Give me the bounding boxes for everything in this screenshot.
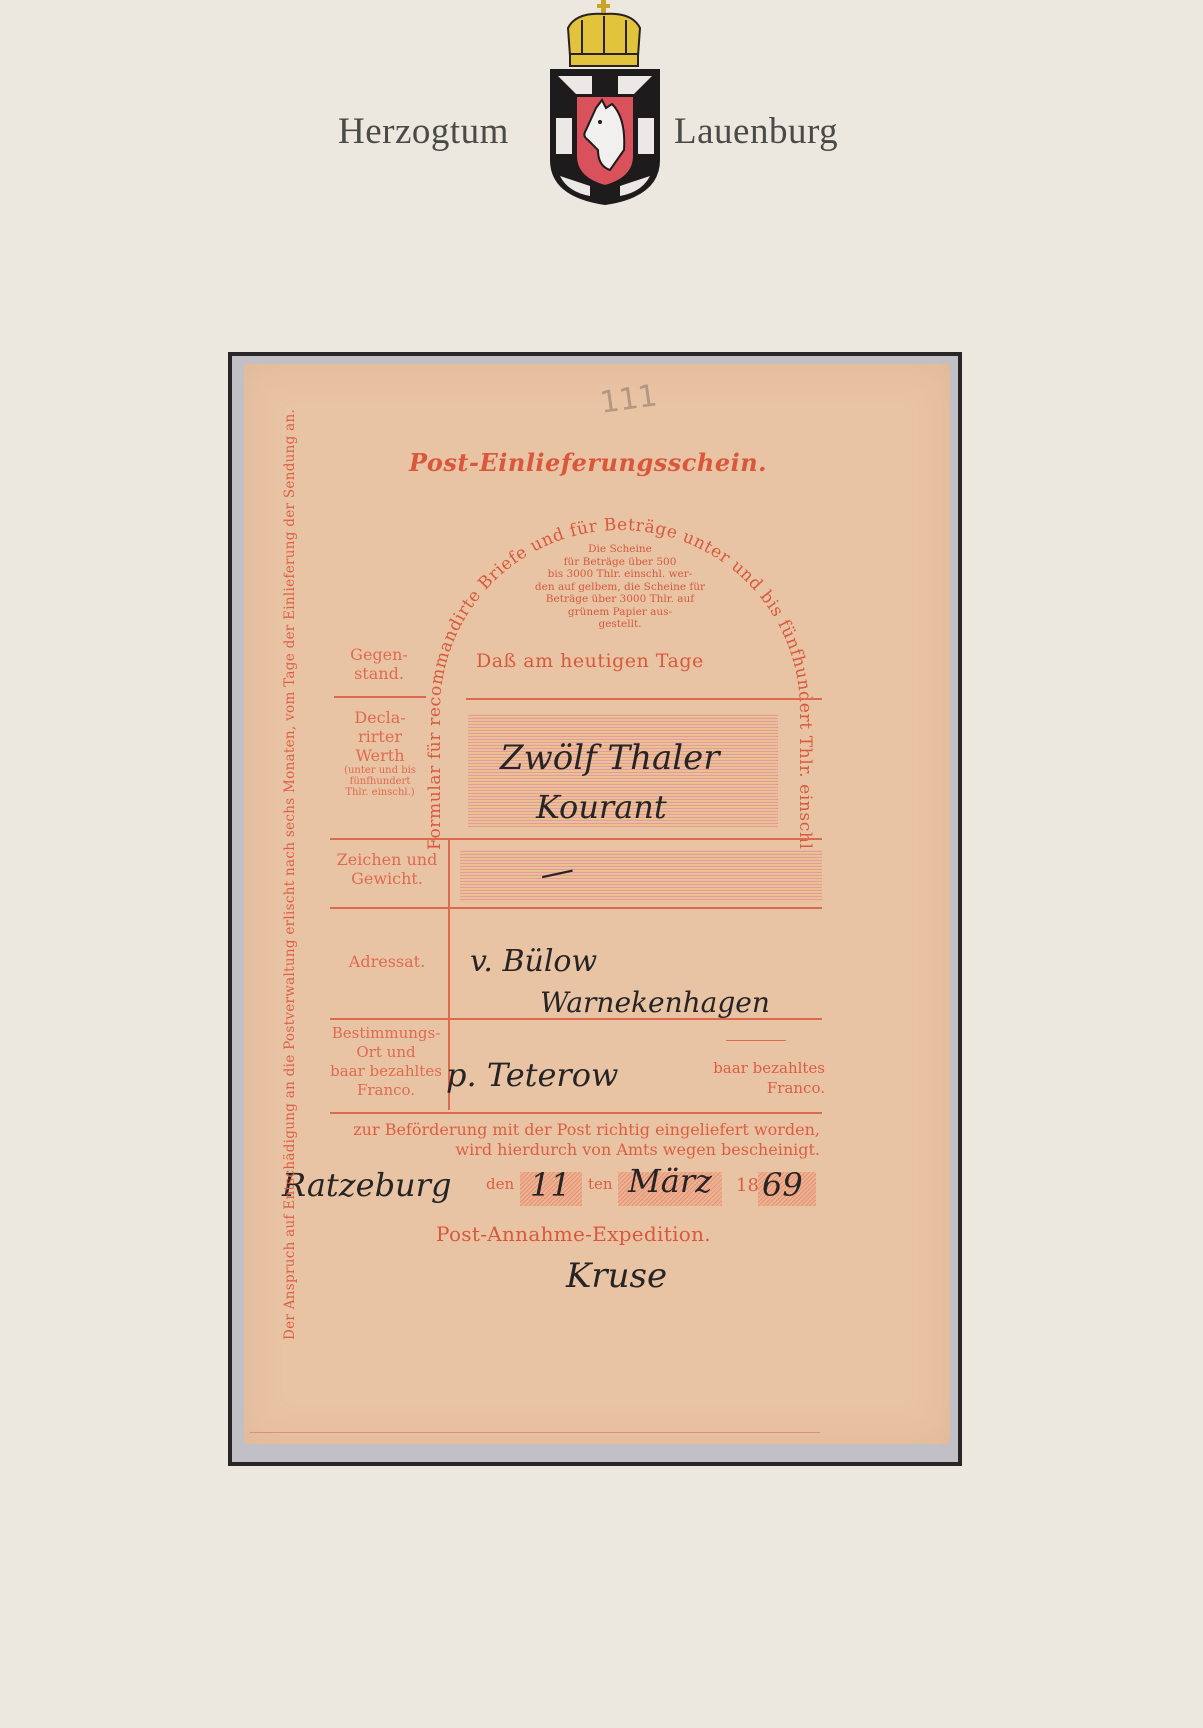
- divider: [330, 1018, 822, 1020]
- zeichen-field-ornament: [460, 850, 822, 902]
- handwritten-werth-line1: Zwölf Thaler: [500, 738, 720, 778]
- label-baar-bezahltes-right: baar bezahltes Franco.: [705, 1058, 825, 1098]
- label-zeichen-gewicht: Zeichen und Gewicht.: [332, 850, 442, 888]
- label-bestimmungsort: Bestimmungs- Ort und baar bezahltes Fran…: [326, 1024, 446, 1100]
- handwritten-day: 11: [530, 1166, 571, 1204]
- paper-color-note: Die Scheine für Beträge über 500 bis 300…: [520, 543, 720, 631]
- document-title: Post-Einlieferungsschein.: [398, 448, 778, 477]
- handwritten-werth-line2: Kourant: [536, 788, 667, 826]
- label-year-prefix: 18: [736, 1175, 759, 1196]
- divider: [330, 838, 822, 840]
- coat-of-arms-icon: [546, 0, 664, 206]
- handwritten-adressat-line1: v. Bülow: [470, 944, 597, 979]
- divider: [330, 1112, 822, 1114]
- handwritten-adressat-line2: Warnekenhagen: [540, 986, 770, 1019]
- divider: [330, 907, 822, 909]
- bottom-rule: [250, 1432, 820, 1433]
- divider: [726, 1040, 786, 1041]
- label-gegenstand: Gegen- stand.: [334, 645, 424, 683]
- handwritten-month: März: [628, 1162, 712, 1200]
- confirmation-text: zur Beförderung mit der Post richtig ein…: [320, 1120, 820, 1160]
- vertical-liability-text: Der Anspruch auf Entschädigung an die Po…: [282, 409, 298, 1340]
- divider: [334, 696, 426, 698]
- dass-text: Daß am heutigen Tage: [476, 650, 704, 672]
- handwritten-year: 69: [762, 1166, 803, 1204]
- handwritten-signature: Kruse: [566, 1256, 667, 1296]
- label-adressat: Adressat.: [332, 952, 442, 971]
- divider: [466, 698, 822, 700]
- header-left-text: Herzogtum: [338, 110, 509, 153]
- handwritten-place: Ratzeburg: [282, 1166, 451, 1204]
- handwritten-ort: p. Teterow: [446, 1056, 618, 1094]
- label-declarirter-werth: Decla- rirter Werth (unter und bis fünfh…: [330, 708, 430, 798]
- label-ten: ten: [588, 1175, 613, 1193]
- label-den: den: [486, 1175, 514, 1193]
- header-right-text: Lauenburg: [674, 110, 838, 153]
- post-expedition-label: Post-Annahme-Expedition.: [436, 1222, 711, 1246]
